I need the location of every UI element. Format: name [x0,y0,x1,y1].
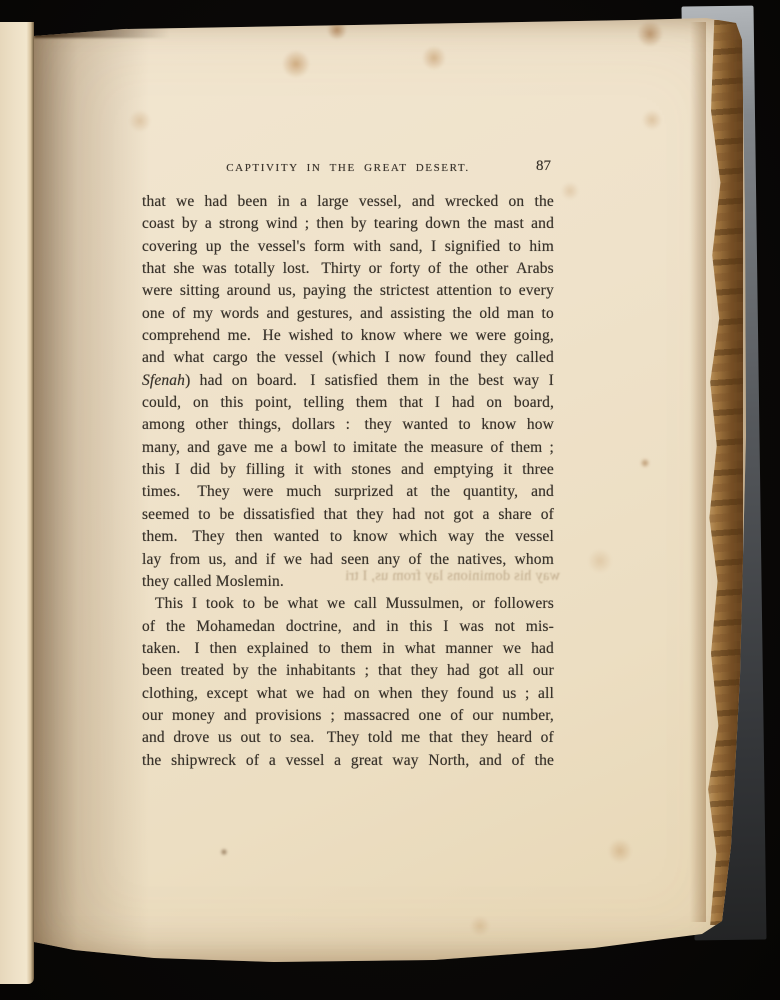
word: know [353,526,388,548]
word: many, [142,437,180,459]
word: this [220,392,243,414]
word: be [264,593,279,615]
word: by [182,213,198,235]
word: manner [445,638,492,660]
word: attention [437,280,493,302]
word: were [243,481,274,503]
text-line: coastbyastrongwind;thenbytearingdownthem… [142,213,554,235]
running-header: CAPTIVITY IN THE GREAT DESERT. 87 [142,162,554,182]
text-line: clothing,exceptwhatwehadonwhentheyfoundu… [142,683,554,705]
word: of [408,549,421,571]
word: old [479,303,499,325]
word: this [409,616,432,638]
word: the [485,526,504,548]
text-block: thatwehadbeeninalargevessel,andwreckedon… [142,191,554,772]
word: great [351,750,383,772]
word: sitting [180,280,220,302]
word: I [192,593,197,615]
word: at [406,481,418,503]
word: were [142,280,173,302]
word: satisfied [325,370,378,392]
word: vessel's [258,236,306,258]
word: and [531,213,554,235]
word: sand, [390,236,423,258]
word: times. [142,481,184,503]
word: did [190,459,210,481]
word: measure [431,437,484,459]
word: had [310,549,333,571]
word: on [354,683,370,705]
word: them [511,437,543,459]
text-line: Sfenah)hadonboard. Isatisfiedtheminthebe… [142,370,554,392]
word: way [448,526,474,548]
word: had [205,191,228,213]
word: on [232,370,248,392]
word: it [503,459,512,481]
word: ; [550,437,554,459]
word: they [480,347,507,369]
word: called [516,347,554,369]
word: wished [288,325,333,347]
word: them [356,392,388,414]
word: number, [502,705,554,727]
word: got [479,660,499,682]
word: a [281,437,288,459]
word: that [142,258,166,280]
word: been [238,191,268,213]
word: wind [266,213,298,235]
word: I [194,638,199,660]
word: bowl [295,437,327,459]
word: of [541,504,554,526]
word: what [405,638,436,660]
word: Moslemin. [216,571,284,593]
word: dissatisfied [243,504,315,526]
word: or [369,258,382,280]
word: Sfenah) [142,370,190,392]
word: to [269,727,281,749]
word: one [142,303,165,325]
word: me [254,437,273,459]
word: out [240,727,260,749]
word: they [461,727,488,749]
word: that [324,504,348,526]
word: all [538,683,554,705]
text-line: layfromus,andifwehadseenanyofthenatives,… [142,549,554,571]
word: of [246,750,259,772]
word: not [495,616,515,638]
word: things, [239,414,282,436]
word: we [327,593,345,615]
word: had [393,504,416,526]
word: they [356,504,383,526]
word: I [435,392,440,414]
book-page: way his dominions lay from us, I tri CAP… [34,16,746,966]
word: us, [208,549,226,571]
word: and [187,437,210,459]
word: to [198,504,210,526]
word: and [401,459,424,481]
word: know [481,414,516,436]
word: the [258,660,277,682]
text-line: them. Theythenwantedtoknowwhichwaytheves… [142,526,554,548]
word: imitate [353,437,397,459]
word: strong [219,213,259,235]
word: mast [494,213,524,235]
word: and [353,616,376,638]
word: by [220,459,236,481]
word: going, [514,325,554,347]
header-title: CAPTIVITY IN THE GREAT DESERT. [142,162,554,174]
word: ; [525,683,529,705]
word: they [421,683,448,705]
word: emptying [434,459,494,481]
word: money [172,705,215,727]
word: strictest [380,280,430,302]
word: down [425,213,460,235]
word: totally [234,258,275,280]
word: vessel [285,347,324,369]
word: a [482,504,489,526]
word: quantity, [463,481,518,503]
word: around [227,280,271,302]
word: the [142,750,161,772]
word: found [457,683,494,705]
word: the [467,213,486,235]
word: of [172,303,185,325]
word: the [166,616,185,638]
word: and [235,549,258,571]
word: to [243,593,255,615]
word: had [323,683,346,705]
word: natives, [457,549,506,571]
word: in [278,191,290,213]
word: were [476,325,507,347]
text-line: oftheMohamedandoctrine,andinthisIwasnotm… [142,616,554,638]
word: that [399,392,423,414]
word: our [142,705,163,727]
word: Mohamedan [196,616,275,638]
word: from [170,549,201,571]
word: of [490,437,503,459]
word: telling [304,392,345,414]
word: treated [181,660,224,682]
book-photo: way his dominions lay from us, I tri CAP… [0,0,780,1000]
word: we [176,191,194,213]
word: in [428,370,440,392]
word: the [535,191,554,213]
word: North, [428,750,469,772]
word: form [314,236,345,258]
word: of [142,616,155,638]
word: Thirty [321,258,361,280]
word: be [219,504,234,526]
word: when [378,683,412,705]
word: and [412,191,435,213]
word: me [401,727,420,749]
word: to [499,280,511,302]
word: I [310,370,315,392]
word: This [155,593,183,615]
word: one [419,705,442,727]
word: this [142,459,165,481]
previous-page-leaf [0,22,34,984]
paragraph: thatwehadbeeninalargevessel,andwreckedon… [142,191,554,593]
word: the [450,370,469,392]
fore-edge-shadow [690,22,706,922]
word: ; [305,213,309,235]
word: him [529,236,554,258]
word: to [509,236,521,258]
word: could, [142,392,181,414]
word: what [287,593,318,615]
word: they [365,414,392,436]
word: been [142,660,172,682]
word: which [399,526,438,548]
word: or [472,593,485,615]
word: drove [173,727,209,749]
word: They [192,526,224,548]
word: now [399,347,426,369]
word: the [230,236,249,258]
word: provisions [255,705,321,727]
word: that [378,660,402,682]
word: I [443,616,448,638]
word: we [450,325,468,347]
word: on [486,392,502,414]
text-line: coveringupthevessel'sformwithsand,Isigni… [142,236,554,258]
text-line: taken. Ithenexplainedtotheminwhatmannerw… [142,638,554,660]
text-line: andwhatcargothevessel(whichInowfoundthey… [142,347,554,369]
word: of [541,727,554,749]
word: know [361,325,396,347]
paragraph: ThisItooktobewhatwecallMussulmen,orfollo… [142,593,554,772]
word: whom [515,549,554,571]
page-content: CAPTIVITY IN THE GREAT DESERT. 87 thatwe… [142,162,554,772]
word: forty [389,258,420,280]
word: they [411,660,438,682]
word: and [142,727,165,749]
word: found [434,347,471,369]
word: gestures, [297,303,353,325]
word: of [512,750,525,772]
word: share [498,504,531,526]
word: by [351,213,367,235]
text-line: comprehendme. Hewishedtoknowwherewewereg… [142,325,554,347]
word: ; [365,660,369,682]
word: what [174,347,205,369]
word: filling [246,459,285,481]
word: other [195,414,228,436]
word: was [202,258,227,280]
word: had [447,660,470,682]
text-line: weresittingaroundus,payingthestrictestat… [142,280,554,302]
word: ; [330,705,334,727]
word: best [478,370,504,392]
word: our [533,660,554,682]
word: them. [142,526,182,548]
word: to [318,638,330,660]
text-line: thisIdidbyfillingitwithstonesandemptying… [142,459,554,481]
word: then [316,213,343,235]
word: large [317,191,348,213]
word: taken. [142,638,184,660]
word: and [479,750,502,772]
word: told [368,727,393,749]
word: I [175,459,180,481]
word: we [284,549,302,571]
text-line: oneofmywordsandgestures,andassistingtheo… [142,303,554,325]
word: call [354,593,377,615]
word: seemed [142,504,189,526]
word: of [450,705,463,727]
word: They [197,481,229,503]
word: way [513,370,539,392]
word: us, [278,280,296,302]
word: the [430,549,449,571]
word: followers [494,593,554,615]
text-line: ourmoneyandprovisions;massacredoneofourn… [142,705,554,727]
word: to [542,303,554,325]
word: of [428,258,441,280]
word: the [353,280,372,302]
word: mis- [526,616,554,638]
word: surprized [334,481,393,503]
word: in [382,638,394,660]
word: me. [228,325,255,347]
word: way [392,750,418,772]
word: how [527,414,554,436]
word: and [360,303,383,325]
word: we [503,638,521,660]
text-line: theycalledMoslemin. [142,571,554,593]
word: other [476,258,509,280]
word: what [256,683,287,705]
word: that [142,191,166,213]
word: I [431,236,436,258]
word: assisting [390,303,445,325]
word: board. [257,370,301,392]
word: I [385,347,390,369]
word: a [300,191,307,213]
word: all [508,660,524,682]
word: where [403,325,442,347]
word: and [531,481,554,503]
word: wanted [402,414,448,436]
text-line: ThisItooktobewhatwecallMussulmen,orfollo… [142,593,554,615]
word: lost. [283,258,314,280]
word: He [263,325,281,347]
word: by [233,660,249,682]
word: gave [217,437,247,459]
text-line: thatshewastotallylost. Thirtyorfortyofth… [142,258,554,280]
word: to [458,414,470,436]
text-line: beentreatedbytheinhabitants;thattheyhadg… [142,660,554,682]
word: on [193,392,209,414]
word: They [327,727,359,749]
word: vessel [286,750,325,772]
text-line: anddroveusouttosea. Theytoldmethattheyhe… [142,727,554,749]
word: any [377,549,400,571]
word: and [142,347,165,369]
word: called [174,571,212,593]
word: our [472,705,493,727]
word: doctrine, [286,616,342,638]
word: had [200,370,223,392]
word: to [330,526,342,548]
word: clothing, [142,683,198,705]
text-line: thatwehadbeeninalargevessel,andwreckedon… [142,191,554,213]
word: among [142,414,185,436]
word: to [341,325,353,347]
word: explained [247,638,309,660]
word: tearing [374,213,418,235]
word: got [453,504,473,526]
word: covering [142,236,197,258]
word: with [314,459,342,481]
word: except [207,683,248,705]
word: up [206,236,222,258]
word: three [522,459,554,481]
word: a [269,750,276,772]
word: paying [303,280,346,302]
word: the [449,258,468,280]
word: it [295,459,304,481]
word: board, [514,392,554,414]
word: the [453,303,472,325]
word: and [224,705,247,727]
word: had [452,392,475,414]
word: vessel [515,526,554,548]
word: wrecked [445,191,499,213]
word: (which [332,347,376,369]
text-line: times. Theyweremuchsurprizedatthequantit… [142,481,554,503]
word: I [549,370,554,392]
word: with [353,236,381,258]
word: the [431,481,450,503]
gutter-shadow [34,16,149,966]
word: on [509,191,525,213]
word: words [220,303,259,325]
word: then [210,638,237,660]
word: that [429,727,453,749]
word: them [341,638,373,660]
word: comprehend [142,325,220,347]
word: had [531,638,554,660]
word: a [334,750,341,772]
word: lay [142,549,161,571]
word: sea. [290,727,318,749]
word: she [173,258,194,280]
word: point, [255,392,292,414]
text-line: theshipwreckofavesselagreatwayNorth,ando… [142,750,554,772]
word: a [205,213,212,235]
word: the [404,437,423,459]
word: Arabs [516,258,554,280]
word: wanted [274,526,320,548]
word: then [236,526,263,548]
word: signified [445,236,501,258]
word: stones [352,459,392,481]
word: coast [142,213,175,235]
word: seen [341,549,369,571]
word: them [387,370,419,392]
text-line: amongotherthings,dollars: theywantedtokn… [142,414,554,436]
word: inhabitants [286,660,356,682]
word: my [193,303,213,325]
word: much [286,481,321,503]
text-line: many,andgavemeabowltoimitatethemeasureof… [142,437,554,459]
